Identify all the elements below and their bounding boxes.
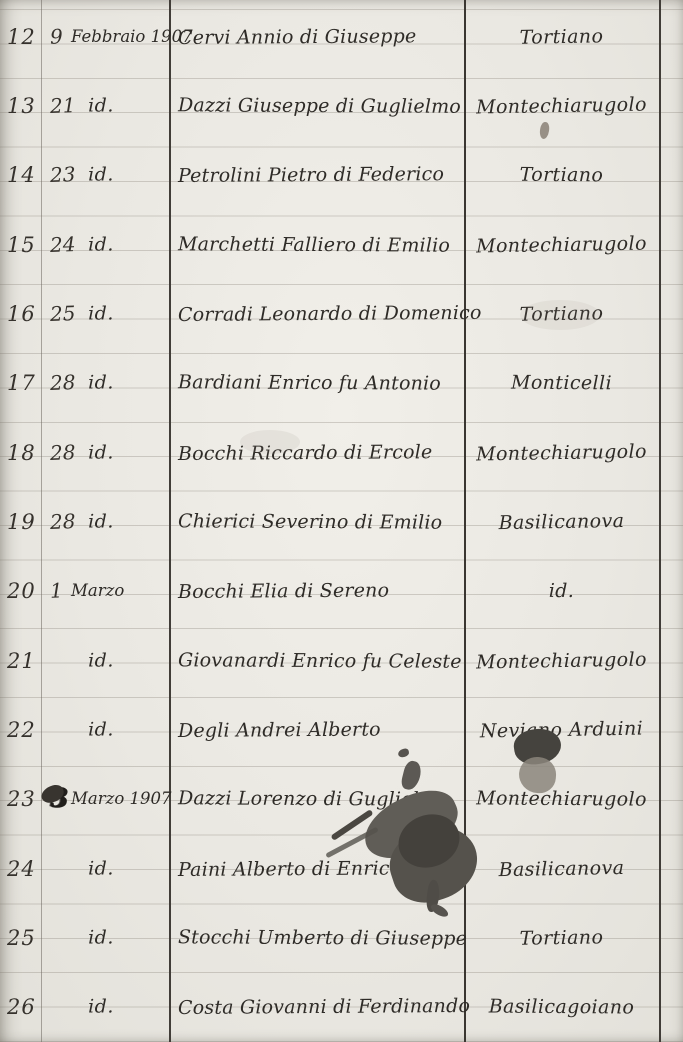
entry-place: Tortiano <box>464 164 659 187</box>
entry-name: Bocchi Riccardo di Ercole <box>169 441 464 465</box>
entry-date-label: id. <box>41 233 161 255</box>
table-row: 13 21 id. Dazzi Giuseppe di Guglielmo Mo… <box>0 71 683 140</box>
entry-number: 20 <box>0 579 41 603</box>
entry-number: 23 <box>0 787 41 811</box>
entry-place: Montechiarugolo <box>464 788 659 811</box>
entry-name: Corradi Leonardo di Domenico <box>169 302 464 326</box>
entry-place: Montechiarugolo <box>464 648 659 673</box>
entry-number: 17 <box>0 371 41 395</box>
entry-date: 1 Marzo <box>41 557 169 626</box>
entry-date-label: id. <box>41 303 161 325</box>
entry-name: Giovanardi Enrico fu Celeste <box>169 649 464 673</box>
entry-place: Basilicanova <box>464 509 659 534</box>
entry-name: Degli Andrei Alberto <box>169 718 464 742</box>
entry-place: Montechiarugolo <box>464 93 659 118</box>
entry-place: id. <box>464 580 659 603</box>
entry-number: 21 <box>0 649 41 673</box>
entry-date-label: Marzo <box>71 581 124 600</box>
entry-day: 3 <box>49 783 68 814</box>
table-row: 23 3 Marzo 1907 Dazzi Lorenzo di Gugliel… <box>0 765 683 834</box>
entry-place: Monticelli <box>464 372 659 395</box>
entry-name: Chierici Severino di Emilio <box>169 510 464 534</box>
entry-name: Dazzi Lorenzo di Guglielmo <box>169 787 464 811</box>
table-row: 24 id. Paini Alberto di Enrico Basilican… <box>0 834 683 903</box>
entry-date-label: id. <box>41 649 161 671</box>
table-row: 21 id. Giovanardi Enrico fu Celeste Mont… <box>0 626 683 695</box>
entry-date: id. <box>41 903 169 972</box>
entry-place: Montechiarugolo <box>464 440 659 465</box>
entry-place: Basilicanova <box>464 856 659 881</box>
entry-number: 25 <box>0 926 41 950</box>
entry-name: Cervi Annio di Giuseppe <box>169 25 464 49</box>
entry-place: Tortiano <box>464 925 659 950</box>
table-row: 15 24 id. Marchetti Falliero di Emilio M… <box>0 210 683 279</box>
table-row: 19 28 id. Chierici Severino di Emilio Ba… <box>0 487 683 556</box>
table-row: 16 25 id. Corradi Leonardo di Domenico T… <box>0 279 683 348</box>
entry-number: 13 <box>0 94 41 118</box>
entry-date: id. <box>41 626 169 695</box>
entry-date: 3 Marzo 1907 <box>41 765 169 834</box>
table-row: 14 23 id. Petrolini Pietro di Federico T… <box>0 141 683 210</box>
entry-name: Bocchi Elia di Sereno <box>169 579 464 603</box>
entry-date-label: id. <box>41 718 161 740</box>
entry-date-label: id. <box>41 441 161 463</box>
entry-number: 24 <box>0 857 41 881</box>
entry-number: 12 <box>0 25 41 49</box>
entry-number: 16 <box>0 302 41 326</box>
table-row: 20 1 Marzo Bocchi Elia di Sereno id. <box>0 557 683 626</box>
entry-number: 14 <box>0 163 41 187</box>
entry-number: 26 <box>0 995 41 1019</box>
entry-place: Montechiarugolo <box>464 232 659 257</box>
entry-date: 28 id. <box>41 487 169 556</box>
entry-name: Petrolini Pietro di Federico <box>169 163 464 187</box>
table-row: 12 9 Febbraio 1907 Cervi Annio di Giusep… <box>0 2 683 71</box>
table-row: 22 id. Degli Andrei Alberto Neviano Ardu… <box>0 695 683 764</box>
entry-date-label: id. <box>41 996 161 1018</box>
entry-number: 22 <box>0 718 41 742</box>
table-row: 25 id. Stocchi Umberto di Giuseppe Torti… <box>0 903 683 972</box>
table-row: 17 28 id. Bardiani Enrico fu Antonio Mon… <box>0 349 683 418</box>
entry-place: Tortiano <box>464 301 659 326</box>
entry-number: 19 <box>0 510 41 534</box>
entry-name: Marchetti Falliero di Emilio <box>169 233 464 257</box>
entry-name: Costa Giovanni di Ferdinando <box>169 995 464 1019</box>
entry-date-label: Marzo 1907 <box>71 789 171 808</box>
entry-date-label: id. <box>41 511 161 533</box>
entry-date-label: id. <box>41 926 161 948</box>
entry-name: Dazzi Giuseppe di Guglielmo <box>169 94 464 118</box>
entry-date: id. <box>41 973 169 1042</box>
table-row: 18 28 id. Bocchi Riccardo di Ercole Mont… <box>0 418 683 487</box>
entry-name: Paini Alberto di Enrico <box>169 857 464 881</box>
table-row: 26 id. Costa Giovanni di Ferdinando Basi… <box>0 973 683 1042</box>
entry-date: id. <box>41 834 169 903</box>
entry-date: 21 id. <box>41 71 169 140</box>
entry-date: id. <box>41 695 169 764</box>
entry-date-label: id. <box>41 164 161 186</box>
entry-date: 23 id. <box>41 141 169 210</box>
entry-date-label: id. <box>41 95 161 117</box>
entry-name: Bardiani Enrico fu Antonio <box>169 372 464 396</box>
entry-place: Basilicagoiano <box>464 996 659 1019</box>
entry-date: 24 id. <box>41 210 169 279</box>
entry-date: 9 Febbraio 1907 <box>41 2 169 71</box>
entry-day: 9 <box>50 24 64 48</box>
entry-place: Neviano Arduini <box>464 717 659 742</box>
entry-name: Stocchi Umberto di Giuseppe <box>169 926 464 950</box>
entry-date: 28 id. <box>41 418 169 487</box>
entry-number: 15 <box>0 233 41 257</box>
entry-date: 28 id. <box>41 349 169 418</box>
scanned-register-page: 12 9 Febbraio 1907 Cervi Annio di Giusep… <box>0 0 683 1042</box>
entry-day: 1 <box>50 579 64 603</box>
register-rows: 12 9 Febbraio 1907 Cervi Annio di Giusep… <box>0 2 683 1042</box>
entry-date: 25 id. <box>41 279 169 348</box>
entry-date-label: id. <box>41 857 161 879</box>
entry-date-label: id. <box>41 372 161 394</box>
entry-place: Tortiano <box>464 24 659 49</box>
entry-number: 18 <box>0 441 41 465</box>
